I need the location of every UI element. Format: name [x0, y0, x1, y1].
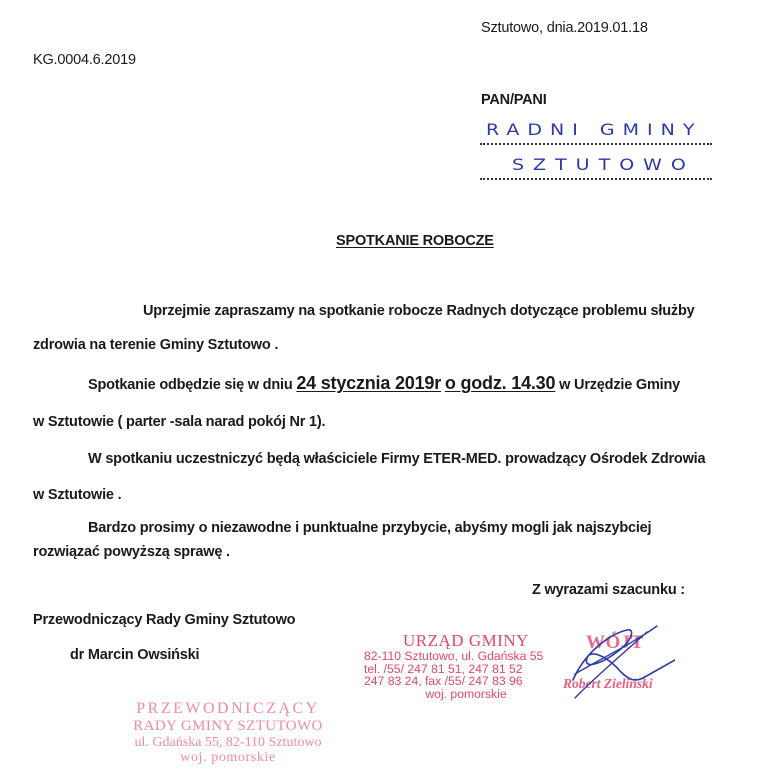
handwritten-addressee-line-1: RADNI GMINY	[486, 120, 702, 139]
paragraph-4-line-2: rozwiązać powyższą sprawę .	[33, 544, 230, 560]
dotted-fill-line	[480, 178, 712, 180]
paragraph-3-line-2: w Sztutowie .	[33, 487, 121, 503]
signer-name: dr Marcin Owsiński	[70, 647, 199, 663]
place-and-date: Sztutowo, dnia.2019.01.18	[481, 20, 648, 36]
meeting-place: w Urzędzie Gminy	[555, 377, 680, 393]
meeting-time: o godz. 14.30	[445, 373, 555, 393]
addressee-label: PAN/PANI	[481, 92, 547, 108]
paragraph-1-line-2: zdrowia na terenie Gminy Sztutowo .	[33, 337, 278, 353]
handwritten-addressee-line-2: SZTUTOWO	[512, 155, 695, 174]
paragraph-3-line-1: W spotkaniu uczestniczyć będą właściciel…	[88, 451, 705, 467]
closing-salutation: Z wyrazami szacunku :	[532, 582, 685, 598]
meeting-date: 24 stycznia 2019r	[296, 373, 441, 393]
document-title: SPOTKANIE ROBOCZE	[336, 233, 494, 249]
chairman-stamp-address: ul. Gdańska 55, 82-110 Sztutowo	[108, 735, 348, 751]
office-stamp: URZĄD GMINY 82-110 Sztutowo, ul. Gdańska…	[368, 632, 568, 701]
mayor-signature	[565, 622, 675, 702]
chairman-stamp-region: woj. pomorskie	[108, 750, 348, 766]
office-stamp-heading: URZĄD GMINY	[364, 632, 568, 650]
dotted-fill-line	[480, 143, 712, 145]
paragraph-2-line-2: w Sztutowie ( parter -sala narad pokój N…	[33, 414, 325, 430]
chairman-stamp-heading: PRZEWODNICZĄCY	[108, 700, 348, 718]
paragraph-4-line-1: Bardzo prosimy o niezawodne i punktualne…	[88, 520, 651, 536]
paragraph-2-line-1: Spotkanie odbędzie się w dniu 24 styczni…	[88, 373, 680, 394]
reference-number: KG.0004.6.2019	[33, 52, 136, 68]
office-stamp-region: woj. pomorskie	[364, 688, 568, 701]
signer-title: Przewodniczący Rady Gminy Sztutowo	[33, 612, 295, 628]
office-stamp-address: 82-110 Sztutowo, ul. Gdańska 55	[364, 650, 568, 663]
chairman-stamp-council: RADY GMINY SZTUTOWO	[108, 718, 348, 735]
paragraph-1-line-1: Uprzejmie zapraszamy na spotkanie robocz…	[143, 303, 694, 319]
chairman-stamp: PRZEWODNICZĄCY RADY GMINY SZTUTOWO ul. G…	[108, 700, 348, 766]
meeting-intro: Spotkanie odbędzie się w dniu	[88, 377, 296, 393]
